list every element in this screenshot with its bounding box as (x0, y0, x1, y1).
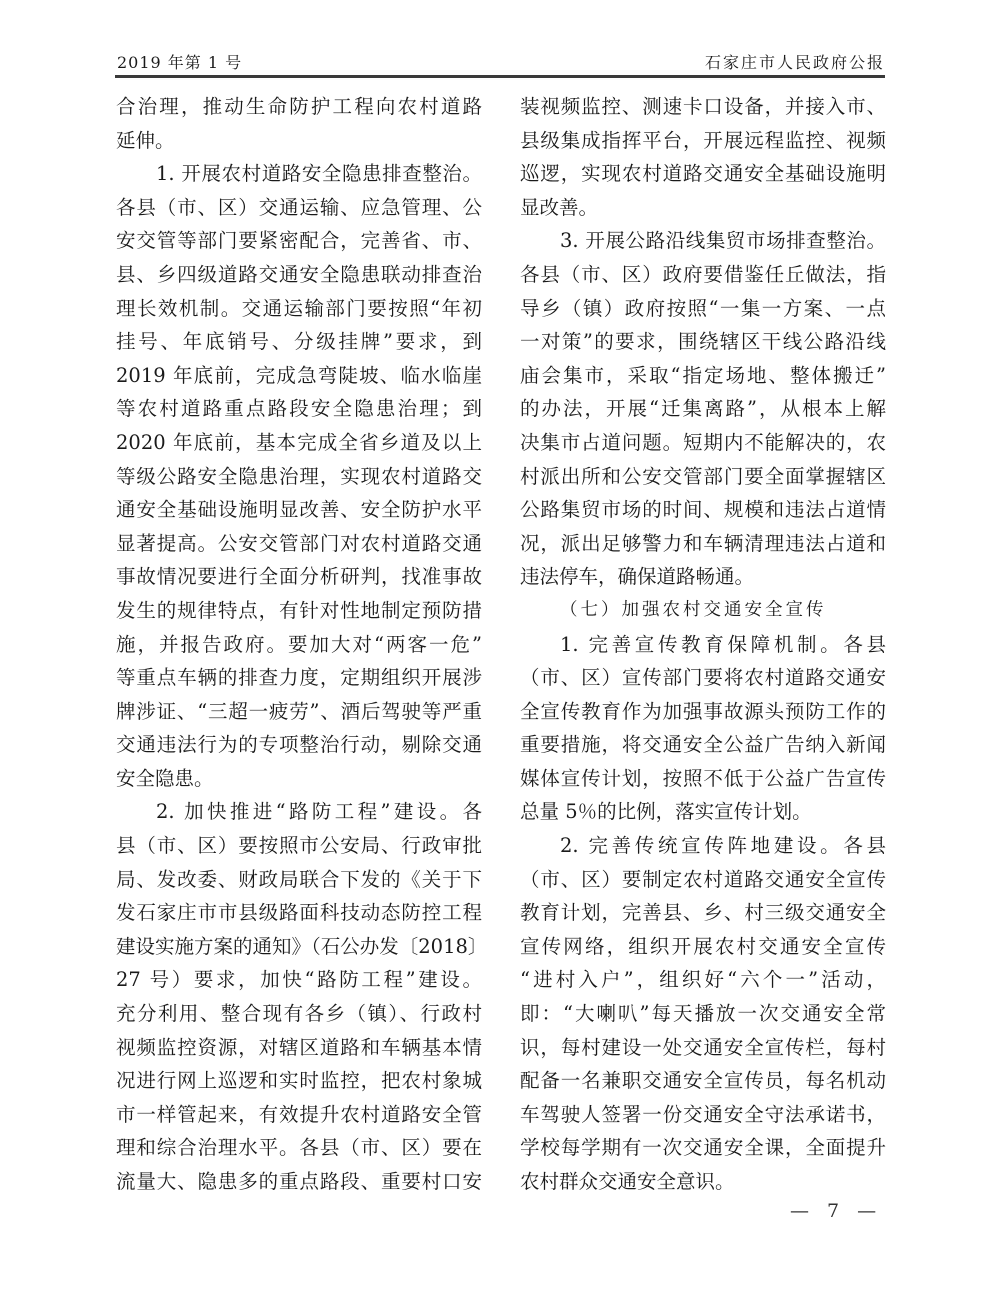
text-line: 决集市占道问题。短期内不能解决的，农 (520, 426, 886, 460)
text-line: 发石家庄市市县级路面科技动态防控工程 (116, 896, 482, 930)
text-line: 发生的规律特点，有针对性地制定预防措 (116, 594, 482, 628)
left-column: 合治理，推动生命防护工程向农村道路延伸。1. 开展农村道路安全隐患排查整治。各县… (116, 90, 482, 1199)
text-line: 市一样管起来，有效提升农村道路安全管 (116, 1098, 482, 1132)
text-line: 媒体宣传计划，按照不低于公益广告宣传 (520, 762, 886, 796)
journal-title: 石家庄市人民政府公报 (705, 50, 885, 73)
text-line: 2019 年底前，完成急弯陡坡、临水临崖 (116, 359, 482, 393)
text-line: 视频监控资源，对辖区道路和车辆基本情 (116, 1031, 482, 1065)
text-line: 县、乡四级道路交通安全隐患联动排查治 (116, 258, 482, 292)
text-line: 违法停车，确保道路畅通。 (520, 560, 886, 594)
text-line: 2. 加快推进“路防工程”建设。各 (116, 795, 482, 829)
text-line: 车驾驶人签署一份交通安全守法承诺书， (520, 1098, 886, 1132)
text-line: 全宣传教育作为加强事故源头预防工作的 (520, 695, 886, 729)
text-line: 3. 开展公路沿线集贸市场排查整治。 (520, 224, 886, 258)
text-line: 况进行网上巡逻和实时监控，把农村象城 (116, 1064, 482, 1098)
text-line: 延伸。 (116, 124, 482, 158)
text-line: 流量大、隐患多的重点路段、重要村口安 (116, 1165, 482, 1199)
text-line: 装视频监控、测速卡口设备，并接入市、 (520, 90, 886, 124)
text-line: 事故情况要进行全面分析研判，找准事故 (116, 560, 482, 594)
text-line: 27 号）要求，加快“路防工程”建设。 (116, 963, 482, 997)
text-line: 配备一名兼职交通安全宣传员，每名机动 (520, 1064, 886, 1098)
text-line: 识，每村建设一处交通安全宣传栏，每村 (520, 1031, 886, 1065)
text-line: 导乡（镇）政府按照“一集一方案、一点 (520, 292, 886, 326)
text-line: 理和综合治理水平。各县（市、区）要在 (116, 1131, 482, 1165)
text-line: 充分利用、整合现有各乡（镇）、行政村 (116, 997, 482, 1031)
issue-number: 2019 年第 1 号 (117, 50, 242, 73)
text-line: 巡逻，实现农村道路交通安全基础设施明 (520, 157, 886, 191)
text-line: 的办法，开展“迁集离路”，从根本上解 (520, 392, 886, 426)
text-line: 建设实施方案的通知》（石公办发〔2018〕 (116, 930, 482, 964)
text-line: 安全隐患。 (116, 762, 482, 796)
text-line: 况，派出足够警力和车辆清理违法占道和 (520, 527, 886, 561)
text-line: 合治理，推动生命防护工程向农村道路 (116, 90, 482, 124)
text-line: 教育计划，完善县、乡、村三级交通安全 (520, 896, 886, 930)
text-line: 重要措施，将交通安全公益广告纳入新闻 (520, 728, 886, 762)
text-line: 2. 完善传统宣传阵地建设。各县 (520, 829, 886, 863)
text-line: 各县（市、区）交通运输、应急管理、公 (116, 191, 482, 225)
text-line: 局、发改委、财政局联合下发的《关于下 (116, 863, 482, 897)
text-line: “进村入户”，组织好“六个一”活动， (520, 963, 886, 997)
text-line: 1. 完善宣传教育保障机制。各县 (520, 628, 886, 662)
text-line: 理长效机制。交通运输部门要按照“年初 (116, 292, 482, 326)
text-line: 农村群众交通安全意识。 (520, 1165, 886, 1199)
text-line: 县级集成指挥平台，开展远程监控、视频 (520, 124, 886, 158)
text-line: 显著提高。公安交管部门对农村道路交通 (116, 527, 482, 561)
text-line: 交通违法行为的专项整治行动，剔除交通 (116, 728, 482, 762)
text-line: （市、区）宣传部门要将农村道路交通安 (520, 661, 886, 695)
text-line: 挂号、年底销号、分级挂牌”要求，到 (116, 325, 482, 359)
text-line: 1. 开展农村道路安全隐患排查整治。 (116, 157, 482, 191)
text-line: 县（市、区）要按照市公安局、行政审批 (116, 829, 482, 863)
header-rule (115, 75, 885, 78)
text-line: （市、区）要制定农村道路交通安全宣传 (520, 863, 886, 897)
text-line: 一对策”的要求，围绕辖区干线公路沿线 (520, 325, 886, 359)
text-line: 等级公路安全隐患治理，实现农村道路交 (116, 460, 482, 494)
text-line: 庙会集市，采取“指定场地、整体搬迁” (520, 359, 886, 393)
text-line: 总量 5％的比例，落实宣传计划。 (520, 795, 886, 829)
text-line: 等农村道路重点路段安全隐患治理；到 (116, 392, 482, 426)
page-header: 2019 年第 1 号 石家庄市人民政府公报 (115, 44, 885, 76)
text-line: 2020 年底前，基本完成全省乡道及以上 (116, 426, 482, 460)
text-line: 显改善。 (520, 191, 886, 225)
right-column: 装视频监控、测速卡口设备，并接入市、县级集成指挥平台，开展远程监控、视频巡逻，实… (520, 90, 886, 1199)
text-line: 学校每学期有一次交通安全课，全面提升 (520, 1131, 886, 1165)
text-line: 牌涉证、“三超一疲劳”、酒后驾驶等严重 (116, 695, 482, 729)
page-number: — 7 — (790, 1200, 882, 1222)
text-line: 通安全基础设施明显改善、安全防护水平 (116, 493, 482, 527)
text-line: 安交管等部门要紧密配合，完善省、市、 (116, 224, 482, 258)
section-heading: （七）加强农村交通安全宣传 (520, 594, 886, 628)
text-line: 即：“大喇叭”每天播放一次交通安全常 (520, 997, 886, 1031)
text-line: 施，并报告政府。要加大对“两客一危” (116, 628, 482, 662)
text-line: 村派出所和公安交管部门要全面掌握辖区 (520, 460, 886, 494)
text-line: 公路集贸市场的时间、规模和违法占道情 (520, 493, 886, 527)
text-line: 各县（市、区）政府要借鉴任丘做法，指 (520, 258, 886, 292)
text-line: 宣传网络，组织开展农村交通安全宣传 (520, 930, 886, 964)
text-line: 等重点车辆的排查力度，定期组织开展涉 (116, 661, 482, 695)
